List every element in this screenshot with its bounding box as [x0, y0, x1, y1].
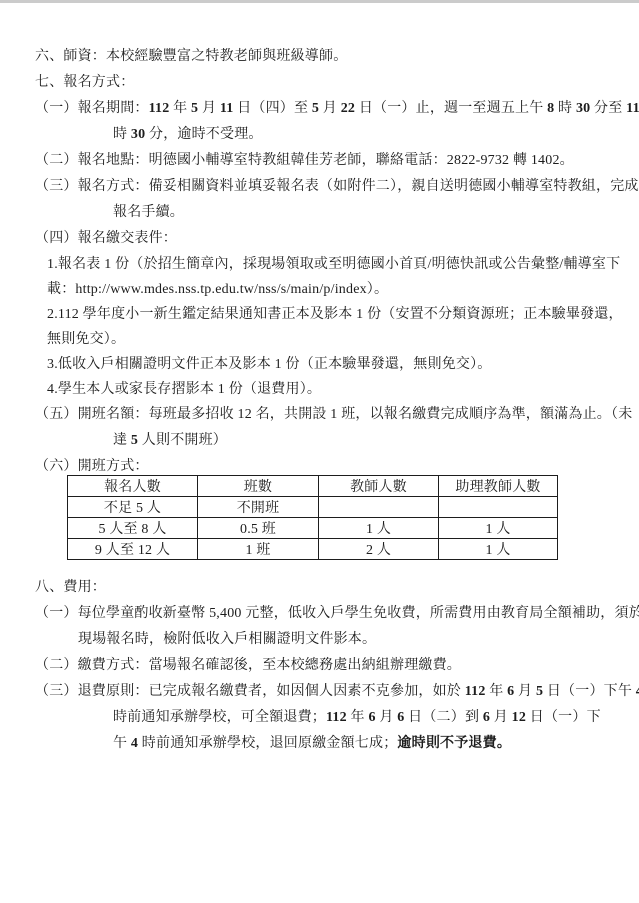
- text-segment: （四）報名繳交表件：: [35, 231, 177, 246]
- text-line: 時前通知承辦學校，可全額退費；112 年 6 月 6 日（二）到 6 月 12 …: [0, 705, 639, 731]
- emphasized-text-segment: 11: [626, 101, 639, 116]
- text-segment: 年: [347, 710, 369, 725]
- table-cell: 0.5 班: [198, 518, 319, 539]
- emphasized-text-segment: 112: [326, 710, 347, 725]
- text-segment: 八、費用：: [35, 580, 106, 595]
- text-segment: 分，逾時不受理。: [145, 127, 262, 142]
- table-cell: 9 人至 12 人: [68, 539, 198, 560]
- text-segment: 1.報名表 1 份（於招生簡章內，採現場領取或至明德國小首頁/明德快訊或公告彙整…: [47, 257, 620, 272]
- emphasized-text-segment: 11: [220, 101, 234, 116]
- text-segment: 年: [486, 684, 508, 699]
- emphasized-text-segment: 30: [576, 101, 590, 116]
- text-segment: （六）開班方式：: [35, 459, 149, 474]
- table-header-row: 報名人數 班數 教師人數 助理教師人數: [68, 476, 558, 497]
- table-header-cell: 班數: [198, 476, 319, 497]
- text-segment: 日（一）下: [526, 710, 601, 725]
- emphasized-text-segment: 12: [512, 710, 526, 725]
- text-block-top: 六、師資：本校經驗豐富之特教老師與班級導師。七、報名方式：（一）報名期間：112…: [0, 44, 639, 480]
- text-segment: 月: [319, 101, 341, 116]
- text-segment: （三）退費原則：已完成報名繳費者，如因個人因素不克參加，如於: [35, 684, 465, 699]
- text-segment: （一）報名期間：: [35, 101, 149, 116]
- text-line: 4.學生本人或家長存摺影本 1 份（退費用）。: [0, 377, 639, 402]
- text-segment: 無則免交）。: [47, 332, 125, 347]
- table-cell: 1 人: [439, 539, 558, 560]
- text-line: 八、費用：: [0, 575, 639, 601]
- text-segment: 2.112 學年度小一新生鑑定結果通知書正本及影本 1 份（安置不分類資源班；正…: [47, 307, 623, 322]
- text-line: （四）報名繳交表件：: [0, 226, 639, 252]
- text-segment: （二）繳費方式：當場報名確認後，至本校總務處出納組辦理繳費。: [35, 658, 461, 673]
- text-segment: 分至: [590, 101, 626, 116]
- table-cell: 5 人至 8 人: [68, 518, 198, 539]
- text-segment: 日（一）止，週一至週五上午: [355, 101, 547, 116]
- text-line: 達 5 人則不開班）: [0, 428, 639, 454]
- table-cell: 1 人: [439, 518, 558, 539]
- text-line: （一）每位學童酌收新臺幣 5,400 元整，低收入戶學生免收費，所需費用由教育局…: [0, 601, 639, 627]
- text-line: 午 4 時前通知承辦學校，退回原繳金額七成；逾時則不予退費。: [0, 731, 639, 757]
- text-line: （三）退費原則：已完成報名繳費者，如因個人因素不克參加，如於 112 年 6 月…: [0, 679, 639, 705]
- table-row: 9 人至 12 人 1 班 2 人 1 人: [68, 539, 558, 560]
- emphasized-text-segment: 逾時則不予退費。: [397, 736, 511, 751]
- text-line: 2.112 學年度小一新生鑑定結果通知書正本及影本 1 份（安置不分類資源班；正…: [0, 302, 639, 327]
- text-line: （二）報名地點：明德國小輔導室特教組韓佳芳老師，聯絡電話：2822-9732 轉…: [0, 148, 639, 174]
- text-segment: 4.學生本人或家長存摺影本 1 份（退費用）。: [47, 382, 321, 397]
- window-top-edge: [0, 0, 639, 3]
- text-segment: 現場報名時，檢附低收入戶相關證明文件影本。: [78, 632, 376, 647]
- text-line: （五）開班名額：每班最多招收 12 名，共開設 1 班，以報名繳費完成順序為準，…: [0, 402, 639, 428]
- text-line: 3.低收入戶相關證明文件正本及影本 1 份（正本驗畢發還，無則免交）。: [0, 352, 639, 377]
- text-segment: 月: [514, 684, 536, 699]
- text-line: （三）報名方式：備妥相關資料並填妥報名表（如附件二），親自送明德國小輔導室特教組…: [0, 174, 639, 200]
- text-segment: 六、師資：本校經驗豐富之特教老師與班級導師。: [35, 49, 347, 64]
- table-header-cell: 教師人數: [319, 476, 439, 497]
- text-segment: 月: [376, 710, 398, 725]
- table-header-cell: 助理教師人數: [439, 476, 558, 497]
- text-line: （一）報名期間：112 年 5 月 11 日（四）至 5 月 22 日（一）止，…: [0, 96, 639, 122]
- emphasized-text-segment: 30: [131, 127, 145, 142]
- text-segment: 時前通知承辦學校，可全額退費；: [113, 710, 326, 725]
- text-segment: 午: [113, 736, 131, 751]
- table-cell: 1 人: [319, 518, 439, 539]
- text-segment: （一）每位學童酌收新臺幣 5,400 元整，低收入戶學生免收費，所需費用由教育局…: [35, 606, 639, 621]
- emphasized-text-segment: 6: [368, 710, 375, 725]
- text-segment: 時: [113, 127, 131, 142]
- table-cell: [319, 497, 439, 518]
- text-segment: 達: [113, 433, 131, 448]
- emphasized-text-segment: 112: [465, 684, 486, 699]
- text-line: 載：http://www.mdes.nss.tp.edu.tw/nss/s/ma…: [0, 277, 639, 302]
- text-segment: 月: [198, 101, 220, 116]
- emphasized-text-segment: 112: [149, 101, 170, 116]
- text-segment: 年: [169, 101, 191, 116]
- emphasized-text-segment: 6: [483, 710, 490, 725]
- text-line: 無則免交）。: [0, 327, 639, 352]
- open-class-table: 報名人數 班數 教師人數 助理教師人數 不足 5 人 不開班 5 人至 8 人 …: [67, 475, 558, 560]
- text-segment: 月: [490, 710, 512, 725]
- text-segment: 人則不開班）: [138, 433, 227, 448]
- text-line: 現場報名時，檢附低收入戶相關證明文件影本。: [0, 627, 639, 653]
- text-segment: （三）報名方式：備妥相關資料並填妥報名表（如附件二），親自送明德國小輔導室特教組…: [35, 179, 639, 194]
- text-segment: 七、報名方式：: [35, 75, 134, 90]
- table-cell: [439, 497, 558, 518]
- text-segment: （二）報名地點：明德國小輔導室特教組韓佳芳老師，聯絡電話：2822-9732 轉…: [35, 153, 574, 168]
- text-segment: （五）開班名額：每班最多招收 12 名，共開設 1 班，以報名繳費完成順序為準，…: [35, 407, 632, 422]
- text-block-bottom: 八、費用：（一）每位學童酌收新臺幣 5,400 元整，低收入戶學生免收費，所需費…: [0, 575, 639, 757]
- text-line: 七、報名方式：: [0, 70, 639, 96]
- table-row: 5 人至 8 人 0.5 班 1 人 1 人: [68, 518, 558, 539]
- table-cell: 1 班: [198, 539, 319, 560]
- text-segment: 日（一）下午: [543, 684, 636, 699]
- text-segment: 載：http://www.mdes.nss.tp.edu.tw/nss/s/ma…: [47, 282, 388, 297]
- document-page: 六、師資：本校經驗豐富之特教老師與班級導師。七、報名方式：（一）報名期間：112…: [0, 0, 639, 903]
- table-cell: 2 人: [319, 539, 439, 560]
- document-body: 六、師資：本校經驗豐富之特教老師與班級導師。七、報名方式：（一）報名期間：112…: [0, 44, 639, 757]
- text-segment: 3.低收入戶相關證明文件正本及影本 1 份（正本驗畢發還，無則免交）。: [47, 357, 492, 372]
- table-cell: 不足 5 人: [68, 497, 198, 518]
- text-segment: 日（四）至: [234, 101, 312, 116]
- text-segment: 日（二）到: [404, 710, 482, 725]
- text-line: 1.報名表 1 份（於招生簡章內，採現場領取或至明德國小首頁/明德快訊或公告彙整…: [0, 252, 639, 277]
- text-segment: 時前通知承辦學校，退回原繳金額七成；: [138, 736, 397, 751]
- text-line: （二）繳費方式：當場報名確認後，至本校總務處出納組辦理繳費。: [0, 653, 639, 679]
- table-cell: 不開班: [198, 497, 319, 518]
- text-line: 六、師資：本校經驗豐富之特教老師與班級導師。: [0, 44, 639, 70]
- text-segment: 報名手續。: [113, 205, 184, 220]
- text-line: 時 30 分，逾時不受理。: [0, 122, 639, 148]
- table-row: 不足 5 人 不開班: [68, 497, 558, 518]
- text-segment: 時: [554, 101, 576, 116]
- emphasized-text-segment: 22: [341, 101, 355, 116]
- text-line: 報名手續。: [0, 200, 639, 226]
